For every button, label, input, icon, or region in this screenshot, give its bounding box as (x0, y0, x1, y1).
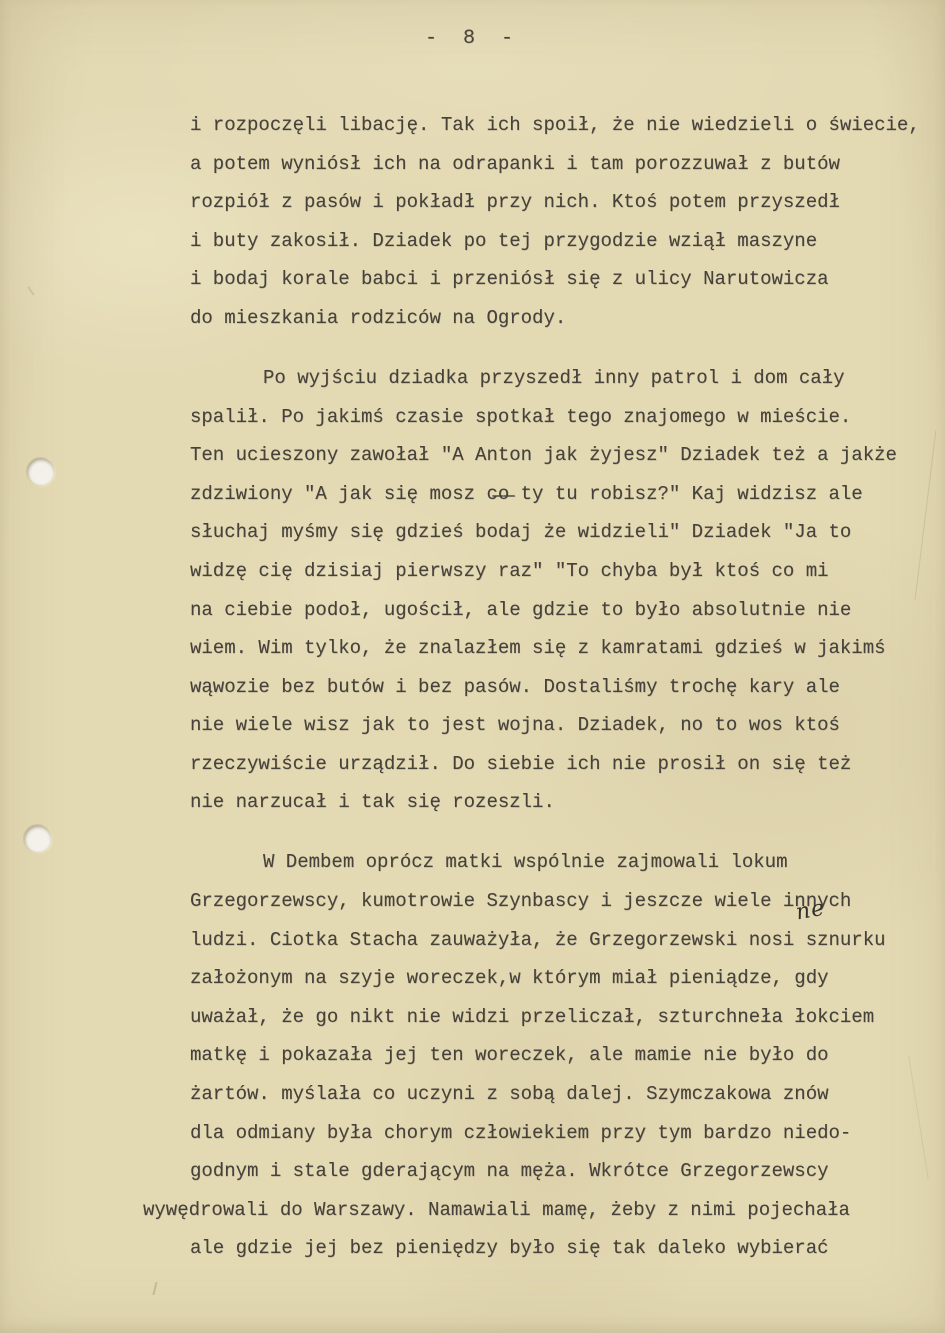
text-line: a potem wyniósł ich na odrapanki i tam p… (190, 145, 945, 184)
text-line: nie wiele wisz jak to jest wojna. Dziade… (190, 706, 945, 745)
paragraph-1: i rozpoczęli libację. Tak ich spoił, że … (190, 106, 945, 338)
text-line: zdziwiony "A jak się mosz c̶o̶ ty tu rob… (190, 475, 945, 514)
text-line: uważał, że go nikt nie widzi przeliczał,… (190, 998, 945, 1037)
punch-hole-top (27, 458, 54, 485)
text-line: słuchaj myśmy się gdzieś bodaj że widzie… (190, 513, 945, 552)
paragraph-3: W Dembem oprócz matki wspólnie zajmowali… (190, 843, 945, 1268)
paragraph-2: Po wyjściu dziadka przyszedł inny patrol… (190, 359, 945, 822)
text-line: wąwozie bez butów i bez pasów. Dostaliśm… (190, 668, 945, 707)
text-line: nie narzucał i tak się rozeszli. (190, 783, 945, 822)
typewritten-text: i rozpoczęli libację. Tak ich spoił, że … (190, 106, 945, 1268)
text-line: wiem. Wim tylko, że znalazłem się z kamr… (190, 629, 945, 668)
text-line: spalił. Po jakimś czasie spotkał tego zn… (190, 398, 945, 437)
text-line: ale gdzie jej bez pieniędzy było się tak… (190, 1229, 945, 1268)
text-line: W Dembem oprócz matki wspólnie zajmowali… (190, 843, 945, 882)
text-line: i rozpoczęli libację. Tak ich spoił, że … (190, 106, 945, 145)
stray-pen-mark (27, 286, 34, 295)
text-line: Grzegorzewscy, kumotrowie Szynbascy i je… (190, 882, 945, 921)
document-page: - 8 - i rozpoczęli libację. Tak ich spoi… (0, 0, 945, 1333)
text-line: Po wyjściu dziadka przyszedł inny patrol… (190, 359, 945, 398)
text-line: i bodaj korale babci i przeniósł się z u… (190, 260, 945, 299)
page-number: - 8 - (0, 27, 945, 50)
text-line: do mieszkania rodziców na Ogrody. (190, 299, 945, 338)
text-line: widzę cię dzisiaj pierwszy raz" "To chyb… (190, 552, 945, 591)
text-line: matkę i pokazała jej ten woreczek, ale m… (190, 1036, 945, 1075)
text-line: Ten ucieszony zawołał "A Anton jak żyjes… (190, 436, 945, 475)
text-line: na ciebie podoł, ugościł, ale gdzie to b… (190, 591, 945, 630)
text-line: i buty zakosił. Dziadek po tej przygodzi… (190, 222, 945, 261)
text-line: żartów. myślała co uczyni z sobą dalej. … (190, 1075, 945, 1114)
text-line: wywędrowali do Warszawy. Namawiali mamę,… (143, 1191, 945, 1230)
text-line: ludzi. Ciotka Stacha zauważyła, że Grzeg… (190, 929, 886, 951)
text-line: założonym na szyje woreczek,w którym mia… (190, 959, 945, 998)
text-line-with-annotation: ludzi. Ciotka Stacha zauważyła, że Grzeg… (190, 921, 945, 960)
text-line: godnym i stale gderającym na męża. Wkrót… (190, 1152, 945, 1191)
handwritten-insertion: ne (794, 897, 827, 924)
punch-hole-bottom (24, 825, 51, 852)
text-line: rozpiół z pasów i pokładł przy nich. Kto… (190, 183, 945, 222)
text-line: rzeczywiście urządził. Do siebie ich nie… (190, 745, 945, 784)
stray-pen-mark (152, 1282, 157, 1295)
text-line: dla odmiany była chorym człowiekiem przy… (190, 1114, 945, 1153)
